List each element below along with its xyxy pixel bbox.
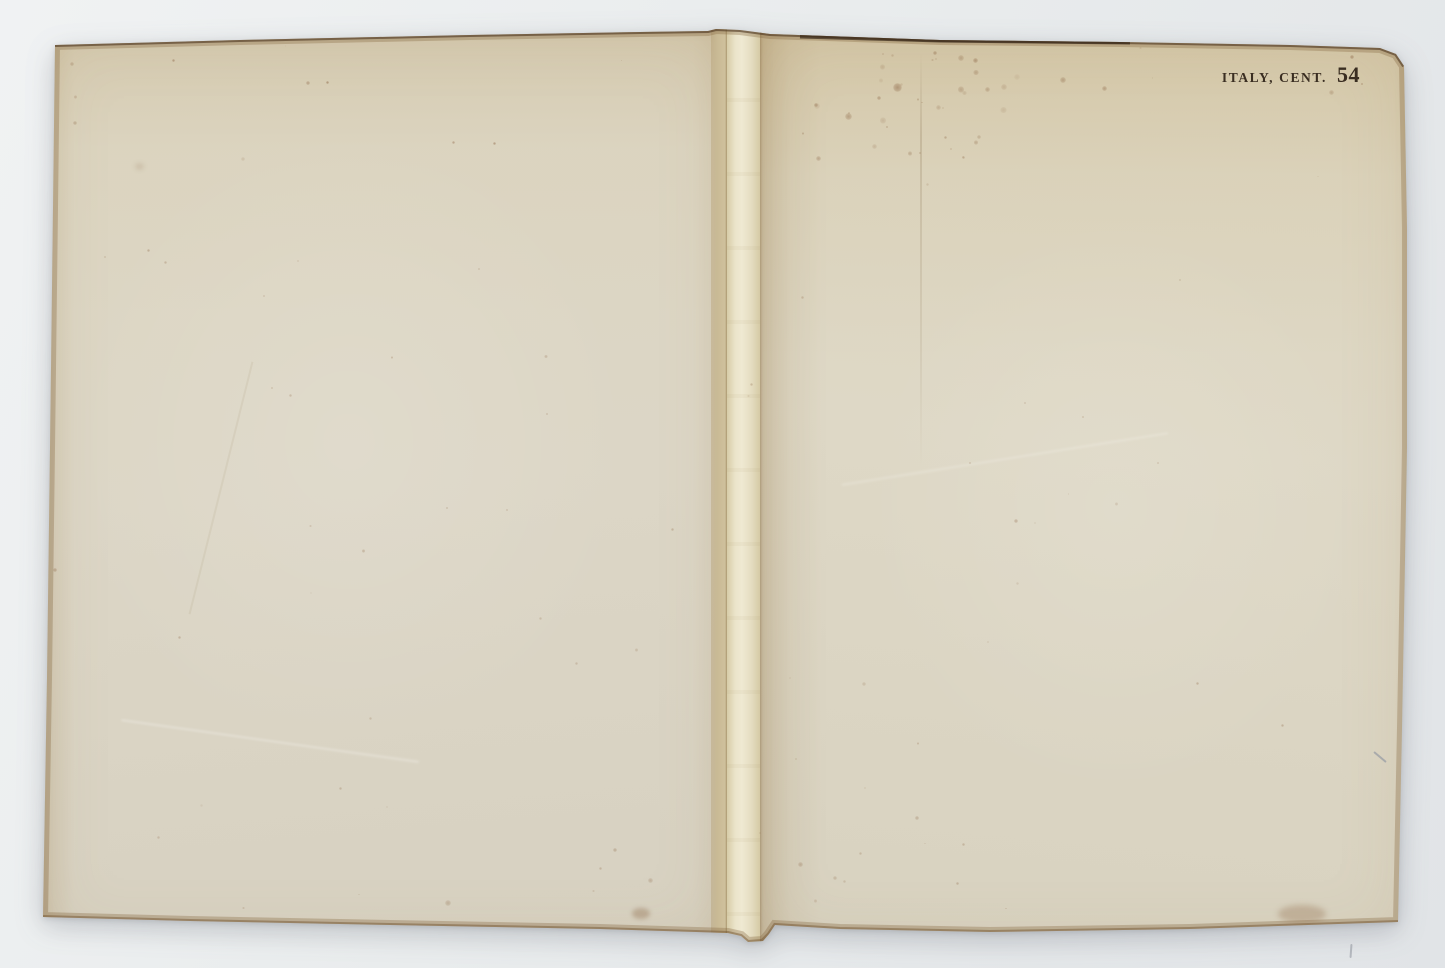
plate-region-text: ITALY, CENT. [1222, 70, 1327, 86]
plate-label: ITALY, CENT. 54 [1222, 62, 1360, 88]
pencil-scratch-mark [1350, 944, 1353, 958]
right-page [760, 28, 1408, 948]
center-fold-shadow [711, 28, 727, 948]
paper-spread: ITALY, CENT. 54 [40, 28, 1408, 948]
binding-tape-strip [727, 28, 760, 948]
left-page [40, 28, 727, 948]
atlas-sheet: ITALY, CENT. 54 [40, 28, 1408, 948]
photo-background: ITALY, CENT. 54 [0, 0, 1445, 968]
plate-number-text: 54 [1337, 62, 1360, 88]
